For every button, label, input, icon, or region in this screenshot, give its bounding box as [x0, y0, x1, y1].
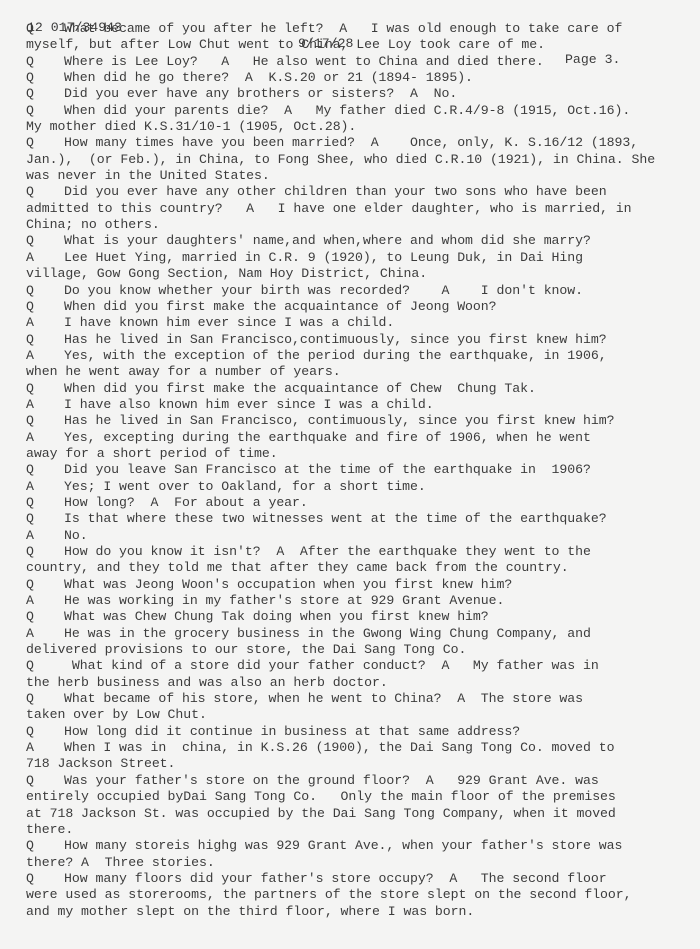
question-marker: Q — [26, 283, 64, 299]
line-text: taken over by Low Chut. — [26, 707, 207, 722]
interview-transcript: QWhat became of you after he left? A I w… — [26, 21, 696, 920]
line-text: away for a short period of time. — [26, 446, 278, 461]
answer-line: AI have known him ever since I was a chi… — [26, 315, 696, 331]
question-line: QWhat became of you after he left? A I w… — [26, 21, 696, 37]
answer-line: ALee Huet Ying, married in C.R. 9 (1920)… — [26, 250, 696, 266]
answer-line: AYes; I went over to Oakland, for a shor… — [26, 479, 696, 495]
question-line: QWhen did your parents die? A My father … — [26, 103, 696, 119]
question-marker: Q — [26, 724, 64, 740]
continuation-line: when he went away for a number of years. — [26, 364, 696, 380]
line-text: When did your parents die? A My father d… — [64, 103, 630, 118]
line-text: was never in the United States. — [26, 168, 270, 183]
question-marker: Q — [26, 658, 64, 674]
continuation-line: were used as storerooms, the partners of… — [26, 887, 696, 903]
line-text: What became of his store, when he went t… — [64, 691, 583, 706]
question-line: QWhat was Chew Chung Tak doing when you … — [26, 609, 696, 625]
question-marker: Q — [26, 691, 64, 707]
answer-marker: A — [26, 479, 64, 495]
line-text: were used as storerooms, the partners of… — [26, 887, 632, 902]
continuation-line: at 718 Jackson St. was occupied by the D… — [26, 806, 696, 822]
question-line: QDid you leave San Francisco at the time… — [26, 462, 696, 478]
answer-line: AHe was working in my father's store at … — [26, 593, 696, 609]
question-line: QHow many floors did your father's store… — [26, 871, 696, 887]
question-marker: Q — [26, 86, 64, 102]
question-marker: Q — [26, 70, 64, 86]
question-line: QWhat was Jeong Woon's occupation when y… — [26, 577, 696, 593]
question-line: QHow many storeis highg was 929 Grant Av… — [26, 838, 696, 854]
line-text: How many floors did your father's store … — [64, 871, 607, 886]
question-marker: Q — [26, 103, 64, 119]
continuation-line: Jan.), (or Feb.), in China, to Fong Shee… — [26, 152, 696, 168]
answer-line: AWhen I was in china, in K.S.26 (1900), … — [26, 740, 696, 756]
line-text: when he went away for a number of years. — [26, 364, 341, 379]
line-text: How do you know it isn't? A After the ea… — [64, 544, 591, 559]
continuation-line: and my mother slept on the third floor, … — [26, 904, 696, 920]
answer-marker: A — [26, 250, 64, 266]
question-marker: Q — [26, 299, 64, 315]
question-marker: Q — [26, 332, 64, 348]
line-text: What was Chew Chung Tak doing when you f… — [64, 609, 489, 624]
line-text: 718 Jackson Street. — [26, 756, 175, 771]
answer-marker: A — [26, 430, 64, 446]
question-marker: Q — [26, 413, 64, 429]
question-line: QWhat became of his store, when he went … — [26, 691, 696, 707]
line-text: village, Gow Gong Section, Nam Hoy Distr… — [26, 266, 427, 281]
question-line: QHow long did it continue in business at… — [26, 724, 696, 740]
question-line: QHow long? A For about a year. — [26, 495, 696, 511]
line-text: myself, but after Low Chut went to China… — [26, 37, 545, 52]
line-text: When did you first make the acquaintance… — [64, 381, 536, 396]
line-text: admitted to this country? A I have one e… — [26, 201, 632, 216]
line-text: Where is Lee Loy? A He also went to Chin… — [64, 54, 544, 69]
answer-marker: A — [26, 348, 64, 364]
line-text: there? A Three stories. — [26, 855, 215, 870]
question-marker: Q — [26, 609, 64, 625]
typed-document-page: 12 017/34943 9/17/28 Page 3. QWhat becam… — [0, 0, 700, 949]
continuation-line: delivered provisions to our store, the D… — [26, 642, 696, 658]
question-line: QWas your father's store on the ground f… — [26, 773, 696, 789]
line-text: I have known him ever since I was a chil… — [64, 315, 394, 330]
line-text: What kind of a store did your father con… — [64, 658, 599, 673]
question-line: QIs that where these two witnesses went … — [26, 511, 696, 527]
question-marker: Q — [26, 462, 64, 478]
line-text: When did you first make the acquaintance… — [64, 299, 497, 314]
line-text: delivered provisions to our store, the D… — [26, 642, 466, 657]
question-line: QHas he lived in San Francisco, contimuo… — [26, 413, 696, 429]
question-marker: Q — [26, 544, 64, 560]
line-text: Has he lived in San Francisco,contimuous… — [64, 332, 607, 347]
answer-marker: A — [26, 528, 64, 544]
question-line: QWhat is your daughters' name,and when,w… — [26, 233, 696, 249]
question-line: QHow do you know it isn't? A After the e… — [26, 544, 696, 560]
line-text: When I was in china, in K.S.26 (1900), t… — [64, 740, 614, 755]
question-line: QHas he lived in San Francisco,contimuou… — [26, 332, 696, 348]
continuation-line: away for a short period of time. — [26, 446, 696, 462]
continuation-line: admitted to this country? A I have one e… — [26, 201, 696, 217]
question-marker: Q — [26, 773, 64, 789]
line-text: Has he lived in San Francisco, contimuou… — [64, 413, 614, 428]
line-text: He was working in my father's store at 9… — [64, 593, 504, 608]
continuation-line: there. — [26, 822, 696, 838]
line-text: at 718 Jackson St. was occupied by the D… — [26, 806, 616, 821]
question-marker: Q — [26, 135, 64, 151]
answer-line: AHe was in the grocery business in the G… — [26, 626, 696, 642]
question-line: QWhere is Lee Loy? A He also went to Chi… — [26, 54, 696, 70]
line-text: How long? A For about a year. — [64, 495, 308, 510]
line-text: I have also known him ever since I was a… — [64, 397, 434, 412]
continuation-line: 718 Jackson Street. — [26, 756, 696, 772]
continuation-line: myself, but after Low Chut went to China… — [26, 37, 696, 53]
line-text: country, and they told me that after the… — [26, 560, 569, 575]
continuation-line: there? A Three stories. — [26, 855, 696, 871]
line-text: Yes; I went over to Oakland, for a short… — [64, 479, 426, 494]
question-marker: Q — [26, 233, 64, 249]
continuation-line: was never in the United States. — [26, 168, 696, 184]
question-line: QDid you ever have any brothers or siste… — [26, 86, 696, 102]
question-marker: Q — [26, 838, 64, 854]
line-text: How many storeis highg was 929 Grant Ave… — [64, 838, 622, 853]
answer-marker: A — [26, 397, 64, 413]
line-text: and my mother slept on the third floor, … — [26, 904, 474, 919]
line-text: What was Jeong Woon's occupation when yo… — [64, 577, 512, 592]
answer-line: AYes, excepting during the earthquake an… — [26, 430, 696, 446]
answer-line: AI have also known him ever since I was … — [26, 397, 696, 413]
question-marker: Q — [26, 54, 64, 70]
answer-marker: A — [26, 315, 64, 331]
question-marker: Q — [26, 21, 64, 37]
answer-line: AYes, with the exception of the period d… — [26, 348, 696, 364]
question-line: QHow many times have you been married? A… — [26, 135, 696, 151]
line-text: What is your daughters' name,and when,wh… — [64, 233, 591, 248]
line-text: Did you leave San Francisco at the time … — [64, 462, 591, 477]
continuation-line: country, and they told me that after the… — [26, 560, 696, 576]
question-marker: Q — [26, 871, 64, 887]
continuation-line: the herb business and was also an herb d… — [26, 675, 696, 691]
question-line: Q What kind of a store did your father c… — [26, 658, 696, 674]
answer-marker: A — [26, 740, 64, 756]
question-marker: Q — [26, 511, 64, 527]
question-line: QWhen did he go there? A K.S.20 or 21 (1… — [26, 70, 696, 86]
question-marker: Q — [26, 184, 64, 200]
answer-line: ANo. — [26, 528, 696, 544]
line-text: there. — [26, 822, 73, 837]
line-text: What became of you after he left? A I wa… — [64, 21, 622, 36]
line-text: Is that where these two witnesses went a… — [64, 511, 607, 526]
continuation-line: China; no others. — [26, 217, 696, 233]
question-line: QWhen did you first make the acquaintanc… — [26, 381, 696, 397]
line-text: China; no others. — [26, 217, 160, 232]
line-text: Was your father's store on the ground fl… — [64, 773, 599, 788]
question-line: QWhen did you first make the acquaintanc… — [26, 299, 696, 315]
question-line: QDo you know whether your birth was reco… — [26, 283, 696, 299]
continuation-line: My mother died K.S.31/10-1 (1905, Oct.28… — [26, 119, 696, 135]
page-header: 12 017/34943 9/17/28 Page 3. — [27, 4, 647, 20]
line-text: the herb business and was also an herb d… — [26, 675, 388, 690]
line-text: Yes, with the exception of the period du… — [64, 348, 607, 363]
answer-marker: A — [26, 626, 64, 642]
line-text: When did he go there? A K.S.20 or 21 (18… — [64, 70, 473, 85]
answer-marker: A — [26, 593, 64, 609]
line-text: He was in the grocery business in the Gw… — [64, 626, 591, 641]
question-marker: Q — [26, 577, 64, 593]
line-text: Do you know whether your birth was recor… — [64, 283, 583, 298]
question-line: QDid you ever have any other children th… — [26, 184, 696, 200]
line-text: Did you ever have any brothers or sister… — [64, 86, 457, 101]
line-text: No. — [64, 528, 88, 543]
continuation-line: entirely occupied byDai Sang Tong Co. On… — [26, 789, 696, 805]
line-text: Jan.), (or Feb.), in China, to Fong Shee… — [26, 152, 655, 167]
line-text: Yes, excepting during the earthquake and… — [64, 430, 591, 445]
question-marker: Q — [26, 381, 64, 397]
continuation-line: taken over by Low Chut. — [26, 707, 696, 723]
continuation-line: village, Gow Gong Section, Nam Hoy Distr… — [26, 266, 696, 282]
line-text: How long did it continue in business at … — [64, 724, 520, 739]
line-text: entirely occupied byDai Sang Tong Co. On… — [26, 789, 616, 804]
line-text: How many times have you been married? A … — [64, 135, 638, 150]
question-marker: Q — [26, 495, 64, 511]
line-text: My mother died K.S.31/10-1 (1905, Oct.28… — [26, 119, 356, 134]
line-text: Did you ever have any other children tha… — [64, 184, 607, 199]
line-text: Lee Huet Ying, married in C.R. 9 (1920),… — [64, 250, 583, 265]
